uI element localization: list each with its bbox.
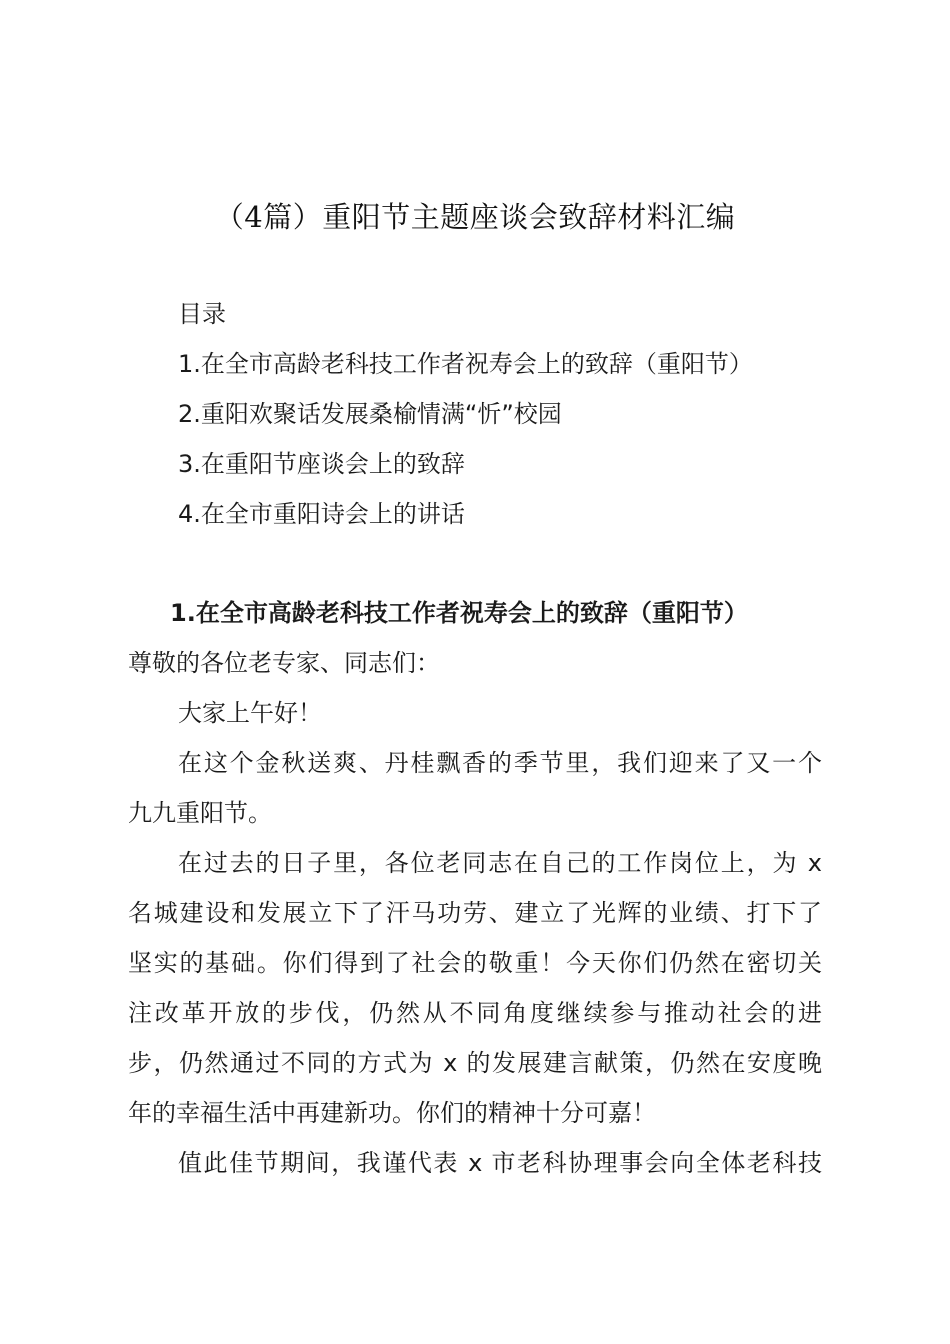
toc-item-4: 4.在全市重阳诗会上的讲话 [178,496,465,532]
salutation: 尊敬的各位老专家、同志们： [128,645,822,681]
paragraph-line: 值此佳节期间，我谨代表 x 市老科协理事会向全体老科技 [178,1145,822,1181]
toc-item-2: 2.重阳欢聚话发展桑榆情满“忻”校园 [178,396,562,432]
paragraph-line: 九九重阳节。 [128,795,822,831]
toc-item-3: 3.在重阳节座谈会上的致辞 [178,446,465,482]
paragraph-line: 在过去的日子里，各位老同志在自己的工作岗位上，为 x [178,845,822,881]
greeting-line: 大家上午好！ [178,695,822,731]
section-heading: 1.在全市高龄老科技工作者祝寿会上的致辞（重阳节） [170,595,748,631]
paragraph-line: 年的幸福生活中再建新功。你们的精神十分可嘉！ [128,1095,822,1131]
document-title: （4篇）重阳节主题座谈会致辞材料汇编 [0,195,950,239]
paragraph-line: 注改革开放的步伐，仍然从不同角度继续参与推动社会的进 [128,995,822,1031]
paragraph-line: 步，仍然通过不同的方式为 x 的发展建言献策，仍然在安度晚 [128,1045,822,1081]
document-page: （4篇）重阳节主题座谈会致辞材料汇编 目录 1.在全市高龄老科技工作者祝寿会上的… [0,0,950,1344]
paragraph-line: 名城建设和发展立下了汗马功劳、建立了光辉的业绩、打下了 [128,895,822,931]
paragraph-line: 坚实的基础。你们得到了社会的敬重！今天你们仍然在密切关 [128,945,822,981]
toc-item-1: 1.在全市高龄老科技工作者祝寿会上的致辞（重阳节） [178,346,753,382]
toc-label: 目录 [178,296,226,332]
paragraph-line: 在这个金秋送爽、丹桂飘香的季节里，我们迎来了又一个 [178,745,822,781]
